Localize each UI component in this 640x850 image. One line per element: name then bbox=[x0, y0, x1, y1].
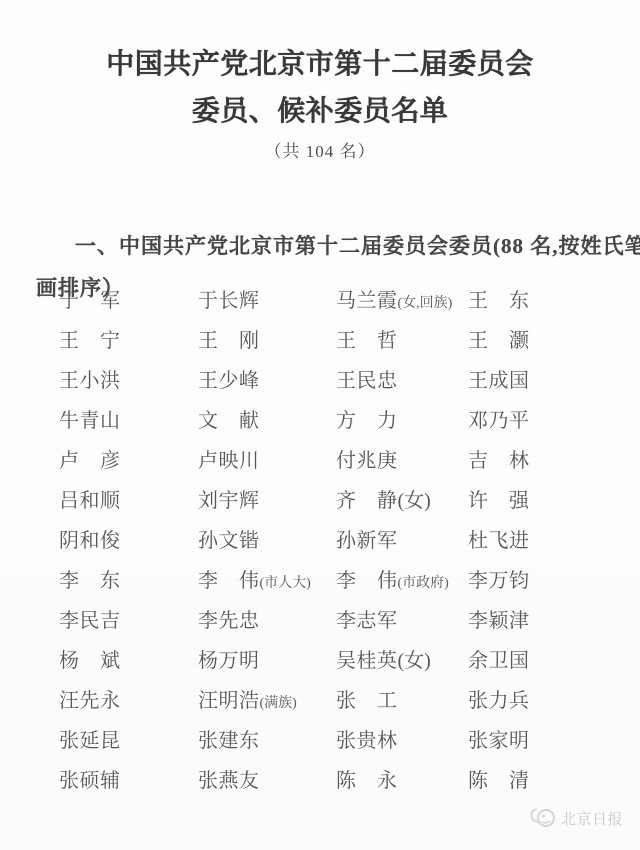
member-name: 李民吉 bbox=[59, 601, 198, 641]
watermark: 北京日报 bbox=[529, 805, 623, 831]
member-name: 李先忠 bbox=[198, 601, 336, 641]
member-name: 陈 永 bbox=[336, 761, 468, 801]
member-name: 李颖津 bbox=[468, 601, 639, 641]
member-name: 王成国 bbox=[468, 361, 639, 401]
member-name: 陈 清 bbox=[468, 761, 639, 801]
member-name: 卢映川 bbox=[198, 441, 336, 481]
member-name: 王民忠 bbox=[336, 361, 468, 401]
member-name: 张贵林 bbox=[336, 721, 468, 761]
member-name: 孙新军 bbox=[336, 521, 468, 561]
member-name: 李 东 bbox=[59, 561, 198, 601]
member-name: 余卫国 bbox=[468, 641, 639, 681]
member-note: (满族) bbox=[260, 696, 297, 711]
member-name: 王少峰 bbox=[198, 361, 336, 401]
member-name: 张硕辅 bbox=[59, 761, 198, 801]
member-name: 汪先永 bbox=[59, 681, 198, 721]
member-name: 王 刚 bbox=[198, 321, 336, 361]
member-name: 王 哲 bbox=[336, 321, 468, 361]
member-name: 吉 林 bbox=[468, 441, 639, 481]
member-note: (市人大) bbox=[260, 576, 311, 591]
member-name: 张建东 bbox=[198, 721, 336, 761]
member-name: 汪明浩(满族) bbox=[198, 681, 336, 721]
member-note: (女,回族) bbox=[398, 296, 453, 311]
member-name: 张 工 bbox=[336, 681, 468, 721]
member-name: 李 伟(市政府) bbox=[336, 561, 468, 601]
member-name: 杨 斌 bbox=[59, 641, 198, 681]
member-name: 李 伟(市人大) bbox=[198, 561, 336, 601]
member-name: 刘宇辉 bbox=[198, 481, 336, 521]
member-name: 阴和俊 bbox=[59, 521, 198, 561]
member-name: 于 军 bbox=[59, 281, 198, 321]
member-name: 李万钧 bbox=[468, 561, 639, 601]
beijing-daily-logo-icon bbox=[529, 805, 557, 831]
member-count-note: （共 104 名） bbox=[0, 137, 640, 162]
document-title-line2: 委员、候补委员名单 bbox=[0, 89, 640, 129]
member-name: 方 力 bbox=[336, 401, 468, 441]
section-heading-line1: 一、中国共产党北京市第十二届委员会委员(88 名,按姓氏笔 bbox=[36, 225, 622, 267]
document-page: 中国共产党北京市第十二届委员会 委员、候补委员名单 （共 104 名） 一、中国… bbox=[0, 0, 640, 850]
member-name: 张力兵 bbox=[468, 681, 639, 721]
member-note: (女) bbox=[398, 490, 431, 512]
member-name: 王小洪 bbox=[59, 361, 198, 401]
member-name: 吕和顺 bbox=[59, 481, 198, 521]
member-name: 张家明 bbox=[468, 721, 639, 761]
member-name: 杨万明 bbox=[198, 641, 336, 681]
member-name: 许 强 bbox=[468, 481, 639, 521]
member-name: 李志军 bbox=[336, 601, 468, 641]
member-note: (市政府) bbox=[398, 576, 449, 591]
member-name: 马兰霞(女,回族) bbox=[336, 281, 468, 321]
member-name: 邓乃平 bbox=[468, 401, 639, 441]
member-name: 付兆庚 bbox=[336, 441, 468, 481]
member-name: 文 献 bbox=[198, 401, 336, 441]
member-name: 王 灏 bbox=[468, 321, 639, 361]
member-name: 张延昆 bbox=[59, 721, 198, 761]
member-name-grid: 于 军于长辉马兰霞(女,回族)王 东王 宁王 刚王 哲王 灏王小洪王少峰王民忠王… bbox=[59, 281, 639, 801]
watermark-source-label: 北京日报 bbox=[561, 808, 623, 829]
member-name: 王 东 bbox=[468, 281, 639, 321]
member-name: 孙文锴 bbox=[198, 521, 336, 561]
member-name: 于长辉 bbox=[198, 281, 336, 321]
member-name: 王 宁 bbox=[59, 321, 198, 361]
member-name: 卢 彦 bbox=[59, 441, 198, 481]
member-name: 张燕友 bbox=[198, 761, 336, 801]
document-title-line1: 中国共产党北京市第十二届委员会 bbox=[0, 42, 640, 82]
member-name: 牛青山 bbox=[59, 401, 198, 441]
member-name: 齐 静(女) bbox=[336, 481, 468, 521]
member-note: (女) bbox=[398, 650, 431, 672]
member-name: 杜飞进 bbox=[468, 521, 639, 561]
member-name: 吴桂英(女) bbox=[336, 641, 468, 681]
